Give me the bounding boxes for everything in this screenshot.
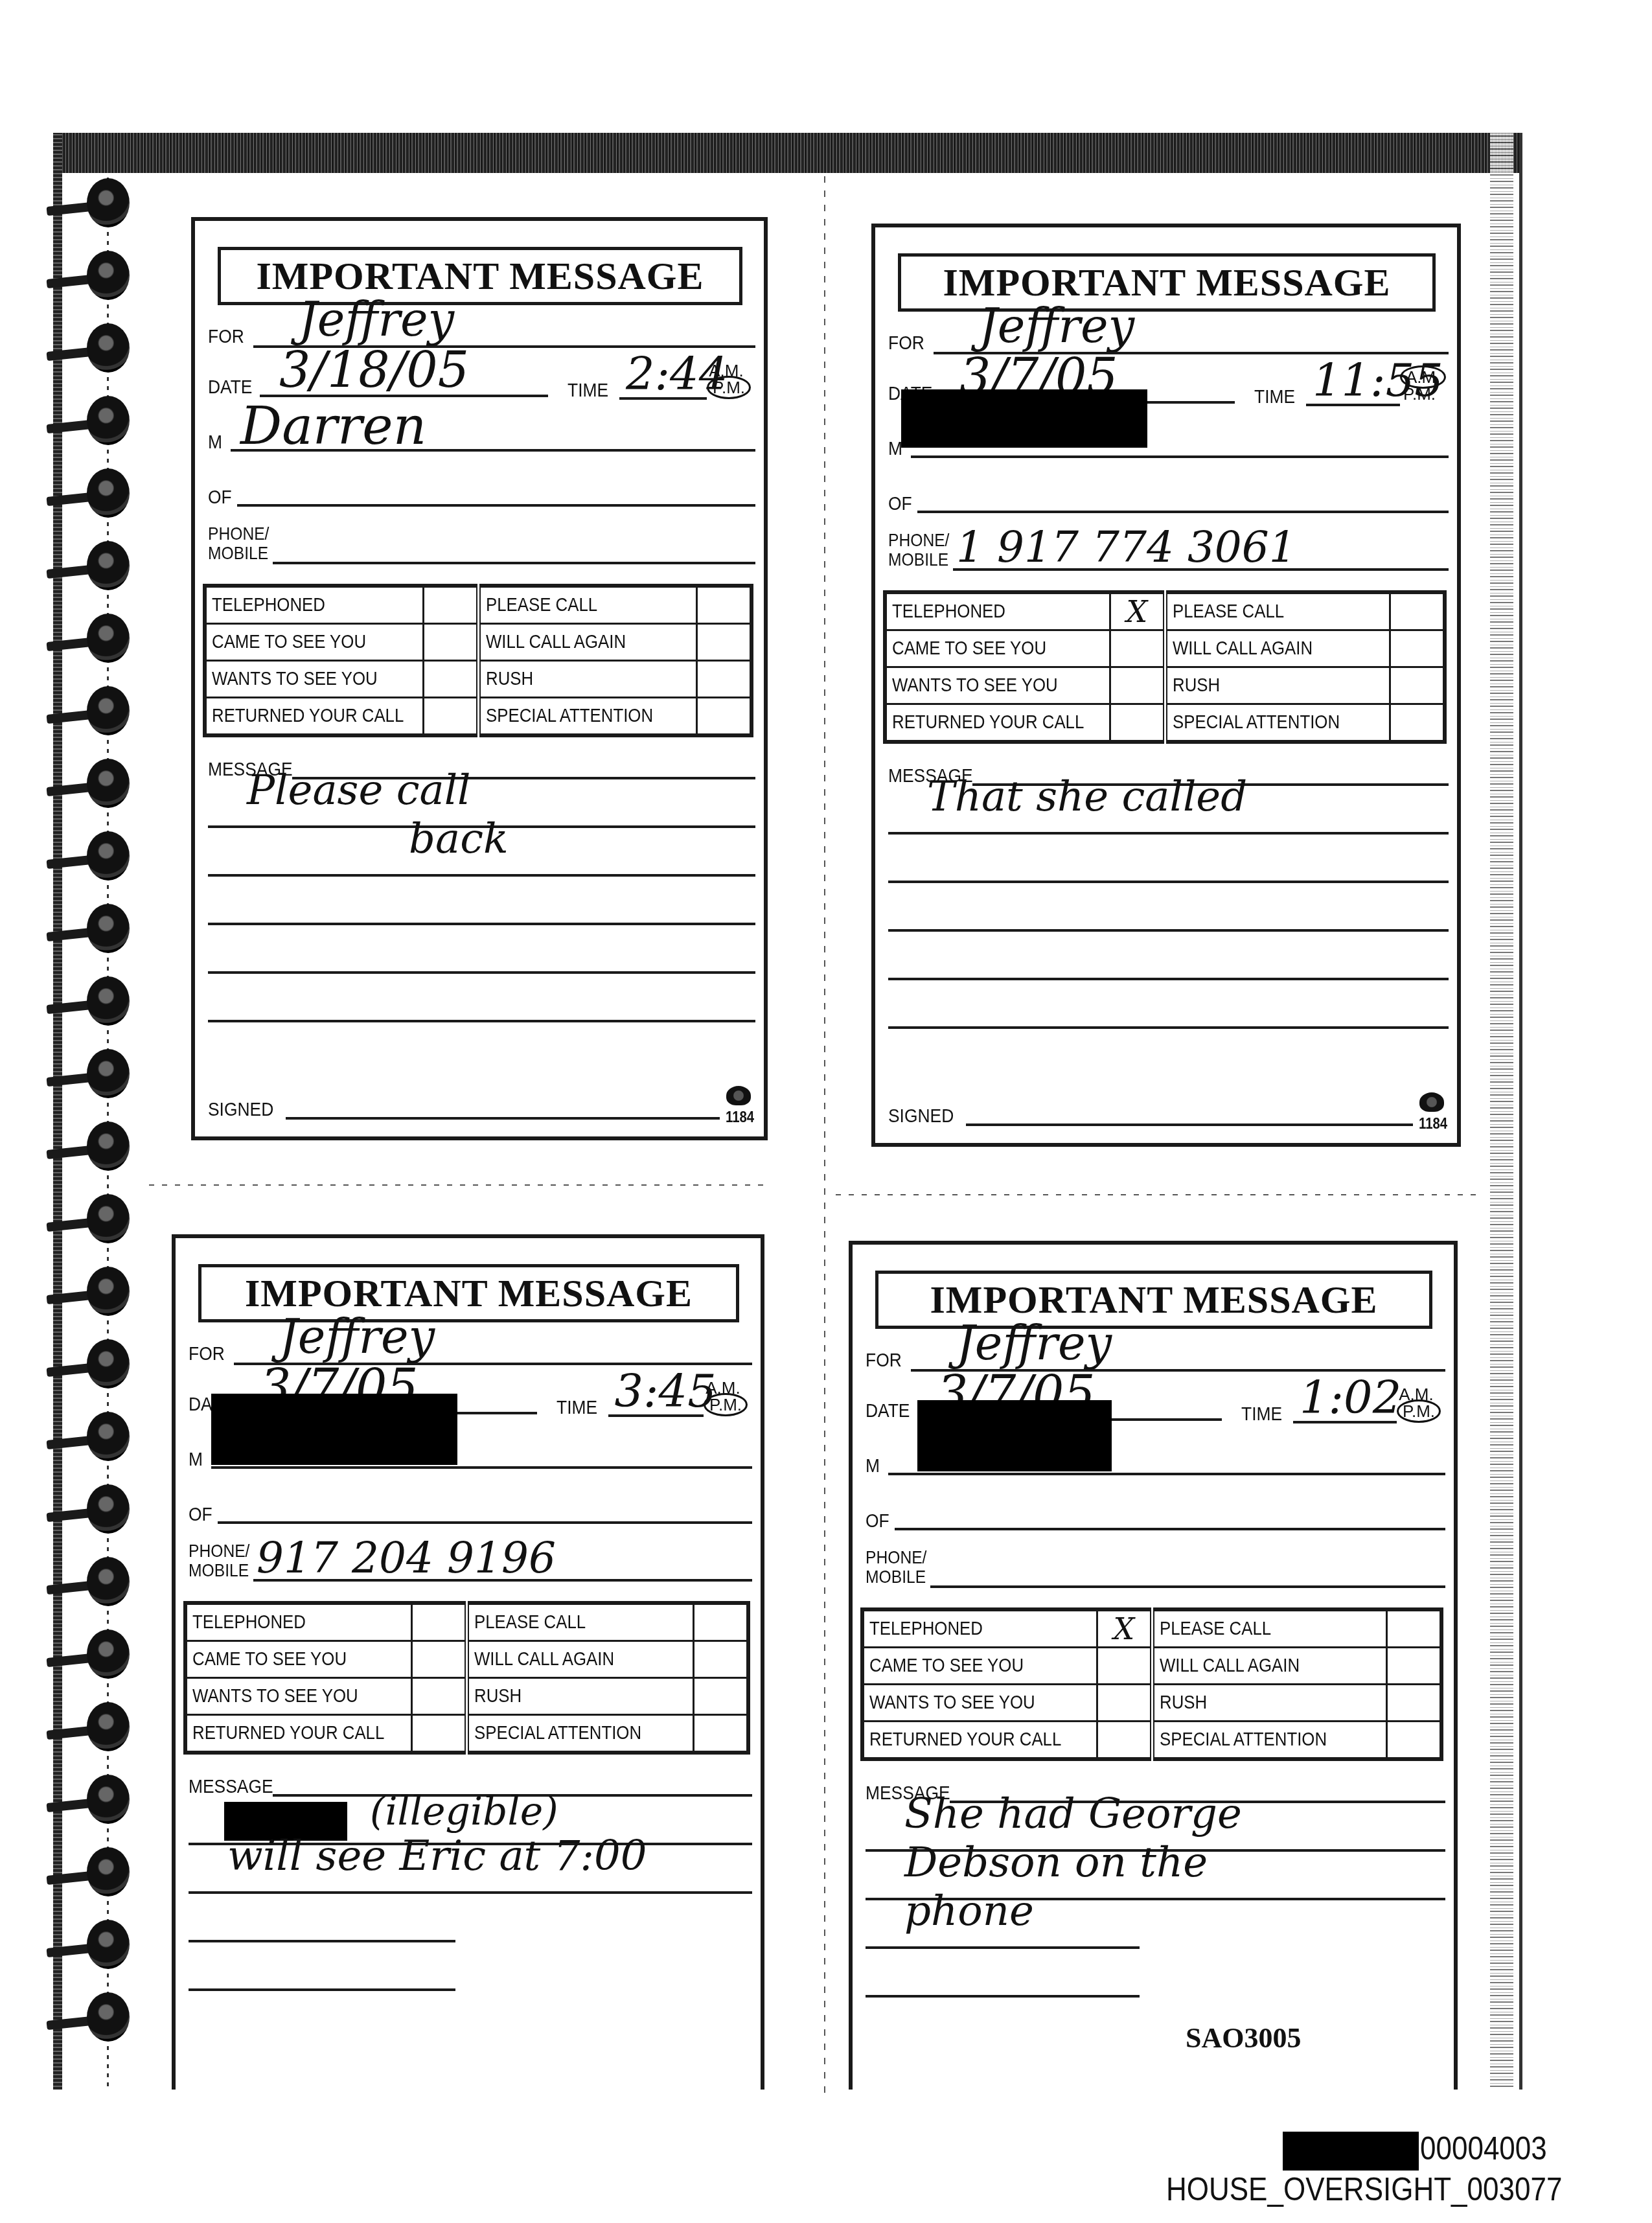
- notebook-top-band: [53, 133, 1522, 173]
- checklist-label-text: RETURNED YOUR CALL: [192, 1722, 384, 1744]
- checkbox-came-to-see-you[interactable]: [412, 1641, 467, 1678]
- time-value[interactable]: 3:45: [615, 1365, 717, 1418]
- checklist-label: PLEASE CALL: [1152, 1609, 1386, 1648]
- notebook-right-edge: [1490, 133, 1513, 2090]
- checkbox-came-to-see-you[interactable]: [1097, 1648, 1152, 1685]
- caller-name-value[interactable]: Darren: [240, 396, 426, 456]
- checklist-label-text: PLEASE CALL: [486, 594, 597, 616]
- checkbox-will-call-again[interactable]: [1390, 630, 1445, 667]
- checkbox-please-call[interactable]: [697, 586, 752, 624]
- m-line: [911, 455, 1449, 458]
- checklist-label: SPECIAL ATTENTION: [478, 698, 696, 736]
- phone-value[interactable]: 917 204 9196: [257, 1533, 556, 1583]
- checklist-label-text: WANTS TO SEE YOU: [892, 674, 1058, 697]
- for-label: FOR: [866, 1350, 902, 1372]
- checkbox-special-attention[interactable]: [697, 698, 752, 736]
- middle-perforation-left: [149, 1184, 771, 1186]
- message-text[interactable]: (illegible): [370, 1789, 558, 1834]
- spiral-ring-icon: [47, 976, 137, 1031]
- spiral-ring-icon: [47, 1630, 137, 1684]
- m-line: [211, 1466, 752, 1469]
- checklist-label: CAME TO SEE YOU: [862, 1648, 1097, 1685]
- of-line: [237, 504, 755, 507]
- message-text[interactable]: She had George: [904, 1790, 1242, 1838]
- checklist-label-text: TELEPHONED: [212, 594, 325, 616]
- am-pm-indicator: A.M.P.M.: [1400, 369, 1439, 402]
- checkbox-please-call[interactable]: [694, 1603, 749, 1641]
- checklist-label: SPECIAL ATTENTION: [1152, 1722, 1386, 1760]
- center-perforation: [824, 175, 825, 2093]
- checkbox-special-attention[interactable]: [694, 1715, 749, 1753]
- mobile-label: MOBILE: [866, 1567, 926, 1587]
- checklist-label: WANTS TO SEE YOU: [185, 1678, 412, 1715]
- checkbox-will-call-again[interactable]: [694, 1641, 749, 1678]
- spiral-ring-icon: [47, 1775, 137, 1829]
- message-line-1: [888, 832, 1449, 835]
- checklist-label-text: WILL CALL AGAIN: [1173, 638, 1313, 660]
- checklist-label: TELEPHONED: [185, 1603, 412, 1641]
- m-line: [888, 1473, 1445, 1475]
- message-label: MESSAGE: [189, 1776, 273, 1798]
- pm-text: P.M.: [707, 376, 751, 399]
- message-line-4: [866, 1995, 1140, 1998]
- checklist-label: RETURNED YOUR CALL: [205, 698, 423, 736]
- signed-label: SIGNED: [888, 1105, 954, 1127]
- checklist-label: TELEPHONED: [885, 592, 1110, 630]
- checklist-label: TELEPHONED: [862, 1609, 1097, 1648]
- publisher-logo-icon: [726, 1086, 751, 1105]
- message-text[interactable]: will see Eric at 7:00: [227, 1832, 647, 1880]
- caller-name-redaction: [917, 1400, 1112, 1471]
- spiral-ring-icon: [47, 396, 137, 450]
- checklist-label: RUSH: [478, 661, 696, 698]
- am-label: A.M.: [1400, 369, 1439, 386]
- checkbox-returned-your-call[interactable]: [1097, 1722, 1152, 1760]
- message-line-2: [189, 1891, 752, 1894]
- form-number: 1184: [726, 1109, 754, 1127]
- spiral-ring-icon: [47, 1122, 137, 1176]
- checklist-label-text: CAME TO SEE YOU: [192, 1648, 347, 1670]
- pm-label: P.M.: [1400, 386, 1439, 402]
- checkbox-returned-your-call[interactable]: [423, 698, 478, 736]
- date-value[interactable]: 3/18/05: [279, 341, 469, 398]
- message-line-2: [888, 881, 1449, 883]
- checklist-label: SPECIAL ATTENTION: [1165, 704, 1390, 743]
- caller-name-redaction: [901, 389, 1147, 448]
- checklist-label-text: RUSH: [1160, 1692, 1207, 1714]
- checkbox-special-attention[interactable]: [1387, 1722, 1442, 1760]
- checkbox-telephoned[interactable]: X: [1097, 1609, 1152, 1648]
- pm-label: P.M.: [1397, 1403, 1436, 1420]
- for-label: FOR: [208, 326, 244, 348]
- checklist-label: WILL CALL AGAIN: [1165, 630, 1390, 667]
- checkbox-rush[interactable]: [1390, 667, 1445, 704]
- checklist-label-text: RETURNED YOUR CALL: [212, 705, 404, 727]
- checklist-label: WILL CALL AGAIN: [1152, 1648, 1386, 1685]
- am-pm-indicator: A.M.P.M.: [704, 1379, 742, 1413]
- message-slip-top-left: IMPORTANT MESSAGEFORJeffreyDATE3/18/05TI…: [191, 217, 768, 1140]
- message-checklist: TELEPHONEDXPLEASE CALLCAME TO SEE YOUWIL…: [883, 590, 1447, 744]
- message-line-4: [208, 971, 755, 974]
- checkbox-rush[interactable]: [694, 1678, 749, 1715]
- of-line: [917, 511, 1449, 513]
- phone-label: PHONE/: [866, 1548, 926, 1567]
- checklist-label-text: WILL CALL AGAIN: [474, 1648, 614, 1670]
- spiral-ring-icon: [47, 1992, 137, 2047]
- phone-label: PHONE/: [189, 1541, 249, 1561]
- pm-text: P.M.: [704, 1393, 748, 1416]
- page-stamp: SAO3005: [1186, 2021, 1301, 2055]
- of-label: OF: [888, 493, 912, 515]
- checklist-label: WANTS TO SEE YOU: [205, 661, 423, 698]
- message-checklist: TELEPHONEDPLEASE CALLCAME TO SEE YOUWILL…: [203, 584, 753, 737]
- for-value[interactable]: Jeffrey: [979, 299, 1134, 353]
- spiral-ring-icon: [47, 1194, 137, 1249]
- checklist-label-text: WILL CALL AGAIN: [486, 631, 626, 653]
- caller-name-redaction: [211, 1394, 457, 1465]
- of-label: OF: [189, 1504, 212, 1526]
- checklist-label: RETURNED YOUR CALL: [885, 704, 1110, 743]
- message-line-3: [866, 1946, 1140, 1949]
- checklist-label-text: SPECIAL ATTENTION: [1173, 711, 1340, 733]
- of-label: OF: [866, 1510, 889, 1532]
- checklist-label-text: SPECIAL ATTENTION: [474, 1722, 641, 1744]
- checklist-label-text: SPECIAL ATTENTION: [486, 705, 653, 727]
- checklist-label-text: PLEASE CALL: [474, 1611, 586, 1633]
- checkbox-please-call[interactable]: [1387, 1609, 1442, 1648]
- checklist-label-text: SPECIAL ATTENTION: [1160, 1729, 1327, 1751]
- checkbox-came-to-see-you[interactable]: [1110, 630, 1165, 667]
- spiral-ring-icon: [47, 1920, 137, 1974]
- checklist-label: WANTS TO SEE YOU: [885, 667, 1110, 704]
- checklist-label: CAME TO SEE YOU: [885, 630, 1110, 667]
- pm-text: P.M.: [1403, 384, 1436, 404]
- spiral-ring-icon: [47, 323, 137, 378]
- checkbox-telephoned[interactable]: X: [1110, 592, 1165, 630]
- checkbox-wants-to-see-you[interactable]: [1097, 1685, 1152, 1722]
- checklist-label-text: WILL CALL AGAIN: [1160, 1655, 1300, 1677]
- checklist-label: RUSH: [1152, 1685, 1386, 1722]
- phone-line: [273, 562, 755, 564]
- for-label: FOR: [888, 332, 924, 354]
- spiral-ring-icon: [47, 1484, 137, 1539]
- pm-label: P.M.: [707, 379, 746, 396]
- of-line: [895, 1528, 1445, 1530]
- message-text[interactable]: Debson on the: [904, 1839, 1208, 1887]
- checklist-label: WILL CALL AGAIN: [467, 1641, 694, 1678]
- checkbox-special-attention[interactable]: [1390, 704, 1445, 743]
- message-text[interactable]: back: [409, 815, 509, 863]
- for-label: FOR: [189, 1343, 225, 1365]
- checklist-label-text: RETURNED YOUR CALL: [892, 711, 1084, 733]
- spiral-ring-icon: [47, 468, 137, 523]
- m-label: M: [888, 438, 902, 460]
- time-label: TIME: [568, 380, 608, 402]
- spiral-ring-icon: [47, 1049, 137, 1103]
- checklist-label: CAME TO SEE YOU: [185, 1641, 412, 1678]
- message-slip-top-right: IMPORTANT MESSAGEFORJeffreyDATE3/7/05TIM…: [871, 224, 1461, 1147]
- checklist-label-text: RUSH: [1173, 674, 1220, 697]
- checkbox-will-call-again[interactable]: [1387, 1648, 1442, 1685]
- for-value[interactable]: Jeffrey: [299, 292, 454, 347]
- message-line-3: [208, 923, 755, 925]
- m-label: M: [189, 1449, 203, 1471]
- checkbox-please-call[interactable]: [1390, 592, 1445, 630]
- spiral-ring-icon: [47, 759, 137, 813]
- message-text[interactable]: That she called: [927, 773, 1247, 821]
- checklist-label-text: RUSH: [486, 668, 533, 690]
- spiral-ring-icon: [47, 251, 137, 305]
- form-number: 1184: [1419, 1115, 1447, 1133]
- checklist-label-text: RUSH: [474, 1685, 522, 1707]
- checklist-label-text: TELEPHONED: [192, 1611, 306, 1633]
- checklist-label: SPECIAL ATTENTION: [467, 1715, 694, 1753]
- of-label: OF: [208, 487, 232, 509]
- spiral-ring-icon: [47, 904, 137, 958]
- spiral-ring-icon: [47, 1702, 137, 1757]
- message-line-3: [888, 929, 1449, 932]
- date-label: DATE: [866, 1400, 910, 1422]
- of-line: [218, 1521, 752, 1524]
- message-line-4: [189, 1988, 455, 1991]
- checklist-label-text: CAME TO SEE YOU: [212, 631, 366, 653]
- checklist-label: PLEASE CALL: [1165, 592, 1390, 630]
- checkbox-returned-your-call[interactable]: [1110, 704, 1165, 743]
- m-label: M: [208, 432, 222, 454]
- checklist-label: WILL CALL AGAIN: [478, 624, 696, 661]
- phone-label: PHONE/: [208, 524, 269, 544]
- checklist-label-text: WANTS TO SEE YOU: [212, 668, 378, 690]
- checkbox-wants-to-see-you[interactable]: [412, 1678, 467, 1715]
- am-pm-indicator: A.M.P.M.: [1397, 1386, 1436, 1420]
- checkbox-returned-your-call[interactable]: [412, 1715, 467, 1753]
- checklist-label: TELEPHONED: [205, 586, 423, 624]
- mobile-label: MOBILE: [888, 550, 948, 570]
- checkbox-wants-to-see-you[interactable]: [1110, 667, 1165, 704]
- form-title: IMPORTANT MESSAGE: [218, 247, 742, 305]
- checklist-label: RETURNED YOUR CALL: [185, 1715, 412, 1753]
- message-slip-bottom-right: IMPORTANT MESSAGEFORJeffreyDATE3/7/05TIM…: [849, 1241, 1458, 2090]
- spiral-ring-icon: [47, 1339, 137, 1394]
- am-pm-indicator: A.M.P.M.: [707, 362, 746, 396]
- checklist-label: RUSH: [467, 1678, 694, 1715]
- message-checklist: TELEPHONEDPLEASE CALLCAME TO SEE YOUWILL…: [183, 1601, 750, 1755]
- spiral-ring-icon: [47, 614, 137, 668]
- checklist-label: RUSH: [1165, 667, 1390, 704]
- checklist-label-text: WANTS TO SEE YOU: [869, 1692, 1035, 1714]
- checkbox-will-call-again[interactable]: [697, 624, 752, 661]
- checklist-label: PLEASE CALL: [467, 1603, 694, 1641]
- date-label: DATE: [208, 376, 252, 398]
- mobile-label: MOBILE: [189, 1561, 249, 1580]
- mobile-label: MOBILE: [208, 544, 268, 563]
- spiral-ring-icon: [47, 1412, 137, 1466]
- time-label: TIME: [1254, 386, 1295, 408]
- message-checklist: TELEPHONEDXPLEASE CALLCAME TO SEE YOUWIL…: [860, 1607, 1443, 1761]
- phone-value[interactable]: 1 917 774 3061: [956, 522, 1296, 572]
- signed-line: [966, 1123, 1413, 1126]
- message-slip-bottom-left: IMPORTANT MESSAGEFORJeffreyDATE3/7/05TIM…: [172, 1234, 764, 2090]
- checklist-label-text: TELEPHONED: [869, 1618, 983, 1640]
- pm-label: P.M.: [704, 1396, 742, 1413]
- checklist-label-text: RETURNED YOUR CALL: [869, 1729, 1061, 1751]
- checkbox-telephoned[interactable]: [412, 1603, 467, 1641]
- checkbox-telephoned[interactable]: [423, 586, 478, 624]
- signed-line: [286, 1117, 720, 1120]
- message-line-4: [888, 978, 1449, 980]
- middle-perforation-right: [836, 1194, 1484, 1195]
- m-label: M: [866, 1455, 880, 1477]
- checklist-label: CAME TO SEE YOU: [205, 624, 423, 661]
- spiral-ring-icon: [47, 178, 137, 233]
- message-line-5: [208, 1020, 755, 1022]
- time-value[interactable]: 1:02: [1300, 1371, 1401, 1424]
- checkbox-rush[interactable]: [697, 661, 752, 698]
- checkbox-rush[interactable]: [1387, 1685, 1442, 1722]
- spiral-ring-icon: [47, 686, 137, 741]
- checklist-label-text: WANTS TO SEE YOU: [192, 1685, 358, 1707]
- checklist-label-text: PLEASE CALL: [1160, 1618, 1271, 1640]
- checklist-label-text: TELEPHONED: [892, 601, 1005, 623]
- checklist-label: PLEASE CALL: [478, 586, 696, 624]
- message-line-2: [208, 874, 755, 877]
- bates-prefix-redaction: [1283, 2132, 1419, 2171]
- spiral-ring-icon: [47, 1267, 137, 1321]
- message-text[interactable]: Please call: [247, 766, 471, 814]
- for-value[interactable]: Jeffrey: [956, 1316, 1112, 1370]
- message-text[interactable]: phone: [904, 1887, 1034, 1935]
- checklist-label-text: CAME TO SEE YOU: [892, 638, 1046, 660]
- phone-label: PHONE/: [888, 531, 949, 550]
- spiral-ring-icon: [47, 831, 137, 886]
- house-oversight-id: HOUSE_OVERSIGHT_003077: [1166, 2171, 1562, 2208]
- notebook-right-border: [1519, 133, 1522, 2090]
- spiral-ring-icon: [47, 541, 137, 595]
- spiral-ring-icon: [47, 1557, 137, 1611]
- pm-text: P.M.: [1397, 1399, 1441, 1423]
- checklist-label: WANTS TO SEE YOU: [862, 1685, 1097, 1722]
- checklist-label-text: PLEASE CALL: [1173, 601, 1284, 623]
- time-label: TIME: [1241, 1403, 1282, 1425]
- for-value[interactable]: Jeffrey: [279, 1309, 435, 1364]
- signed-label: SIGNED: [208, 1099, 273, 1121]
- phone-line: [930, 1585, 1445, 1588]
- publisher-logo-icon: [1419, 1092, 1444, 1112]
- checkbox-came-to-see-you[interactable]: [423, 624, 478, 661]
- message-line-5: [888, 1026, 1449, 1029]
- spiral-ring-icon: [47, 1847, 137, 1902]
- message-line-3: [189, 1940, 455, 1942]
- checklist-label-text: CAME TO SEE YOU: [869, 1655, 1024, 1677]
- bates-number: 00004003: [1420, 2130, 1547, 2167]
- time-label: TIME: [556, 1397, 597, 1419]
- checkbox-wants-to-see-you[interactable]: [423, 661, 478, 698]
- checklist-label: RETURNED YOUR CALL: [862, 1722, 1097, 1760]
